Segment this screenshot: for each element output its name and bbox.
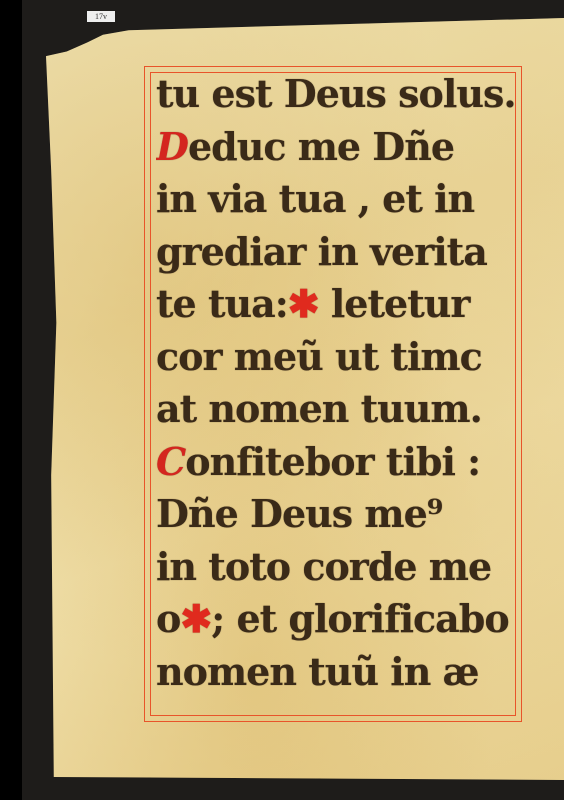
line-text: te tua: <box>156 281 288 326</box>
text-line: at nomen tuum. <box>156 383 516 436</box>
folio-label: 17v <box>87 11 115 22</box>
text-line: nomen tuũ in æ <box>156 646 516 699</box>
rubric-asterisk-icon: ✱ <box>288 281 319 326</box>
text-line: tu est Deus solus. <box>156 68 516 121</box>
line-text: letetur <box>319 281 470 326</box>
line-text: in via tua , et in <box>156 176 474 221</box>
line-text: at nomen tuum. <box>156 386 482 431</box>
text-line: in toto corde me <box>156 541 516 594</box>
line-text: onfitebor tibi : <box>185 439 480 484</box>
line-text: tu est Deus solus. <box>156 71 516 116</box>
line-text: nomen tuũ in æ <box>156 649 479 694</box>
text-line: Confitebor tibi : <box>156 436 516 489</box>
text-line: Deduc me Dñe <box>156 121 516 174</box>
line-text: in toto corde me <box>156 544 491 589</box>
text-line: in via tua , et in <box>156 173 516 226</box>
red-initial: C <box>156 439 185 484</box>
text-line: Dñe Deus me⁹ <box>156 488 516 541</box>
text-line: o✱; et glorificabo <box>156 593 516 646</box>
line-text: Dñe Deus me⁹ <box>156 491 442 536</box>
text-line: grediar in verita <box>156 226 516 279</box>
text-line: cor meũ ut timc <box>156 331 516 384</box>
line-text: cor meũ ut timc <box>156 334 482 379</box>
manuscript-text: tu est Deus solus. Deduc me Dñe in via t… <box>156 68 516 698</box>
text-line: te tua:✱ letetur <box>156 278 516 331</box>
red-initial: D <box>156 124 188 169</box>
line-text: grediar in verita <box>156 229 487 274</box>
line-text: ; et glorificabo <box>211 596 508 641</box>
line-text: educ me Dñe <box>188 124 454 169</box>
line-text: o <box>156 596 180 641</box>
rubric-asterisk-icon: ✱ <box>180 596 211 641</box>
